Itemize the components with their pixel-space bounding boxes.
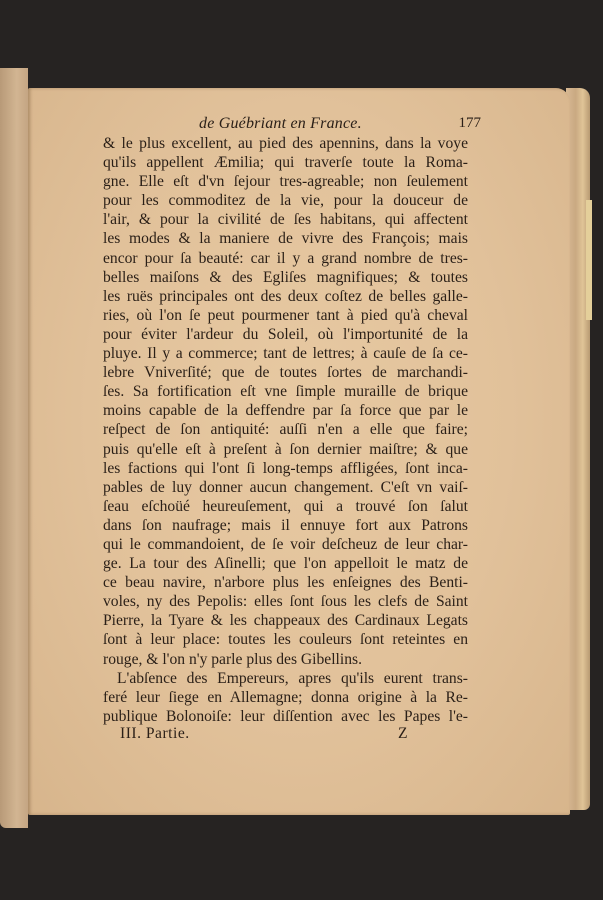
- text-line: ſeau eſchoüé heureuſement, qui a trouvé …: [103, 497, 468, 516]
- body-text: & le plus excellent, au pied des apennin…: [103, 134, 468, 726]
- bookmark-strip: [586, 200, 592, 320]
- page-footer: III. Partie. Z: [120, 725, 420, 747]
- text-line: ries, où l'on ſe peut pourmener tant à p…: [103, 306, 468, 325]
- text-line: & le plus excellent, au pied des apennin…: [103, 134, 468, 153]
- text-line: pour les commoditez de la vie, pour la d…: [103, 191, 468, 210]
- text-line: pables de luy donner aucun changement. C…: [103, 478, 468, 497]
- text-line: ge. La tour des Aſinelli; que l'on appel…: [103, 554, 468, 573]
- text-line: les ruës principales ont des deux coſtez…: [103, 287, 468, 306]
- text-line: belles maiſons & des Egliſes magnifiques…: [103, 268, 468, 287]
- text-line: lebre Vniverſité; que de toutes ſortes d…: [103, 363, 468, 382]
- text-line: ſes. Sa fortification eſt vne ſimple mur…: [103, 382, 468, 401]
- text-line: gne. Elle eſt d'vn ſejour tres-agreable;…: [103, 172, 468, 191]
- signature-mark: Z: [398, 725, 408, 743]
- part-label: III. Partie.: [120, 725, 190, 743]
- text-line: publique Bolonoiſe: leur diſſention avec…: [103, 707, 468, 726]
- text-line: Pierre, la Tyare & les chappeaux des Car…: [103, 611, 468, 630]
- text-line: l'air, & pour la civilité de ſes habitan…: [103, 210, 468, 229]
- facing-page-edge: [0, 68, 28, 828]
- running-title: de Guébriant en France.: [199, 115, 362, 133]
- text-line: moins capable de la deffendre par ſa for…: [103, 401, 468, 420]
- text-line: qu'ils appellent Æmilia; qui traverſe to…: [103, 153, 468, 172]
- text-line: reſpect de ſon antiquité: auſſi n'en a e…: [103, 420, 468, 439]
- text-line: dans ſon naufrage; mais il ennuye fort a…: [103, 516, 468, 535]
- text-line: voles, ny des Pepolis: elles ſont ſous l…: [103, 592, 468, 611]
- text-line: ſont à leur place: toutes les couleurs ſ…: [103, 630, 468, 649]
- text-line: puis qu'elle eſt à preſent à ſon dernier…: [103, 440, 468, 459]
- text-line: qui le commandoient, de ſe voir deſcheuz…: [103, 535, 468, 554]
- text-line: pluye. Il y a commerce; tant de lettres;…: [103, 344, 468, 363]
- text-line: pour éviter l'ardeur du Soleil, où l'imp…: [103, 325, 468, 344]
- text-line: L'abſence des Empereurs, apres qu'ils eu…: [103, 669, 468, 688]
- text-line: ce beau navire, n'arbore plus les enſeig…: [103, 573, 468, 592]
- text-line: rouge, & l'on n'y parle plus des Gibelli…: [103, 650, 468, 669]
- text-line: les factions qui l'ont ſi long-temps aff…: [103, 459, 468, 478]
- text-line: encor pour ſa beauté: car il y a grand n…: [103, 249, 468, 268]
- page-number: 177: [459, 115, 482, 132]
- text-line: feré leur ſiege en Allemagne; donna orig…: [103, 688, 468, 707]
- text-line: les modes & la maniere de vivre des Fran…: [103, 229, 468, 248]
